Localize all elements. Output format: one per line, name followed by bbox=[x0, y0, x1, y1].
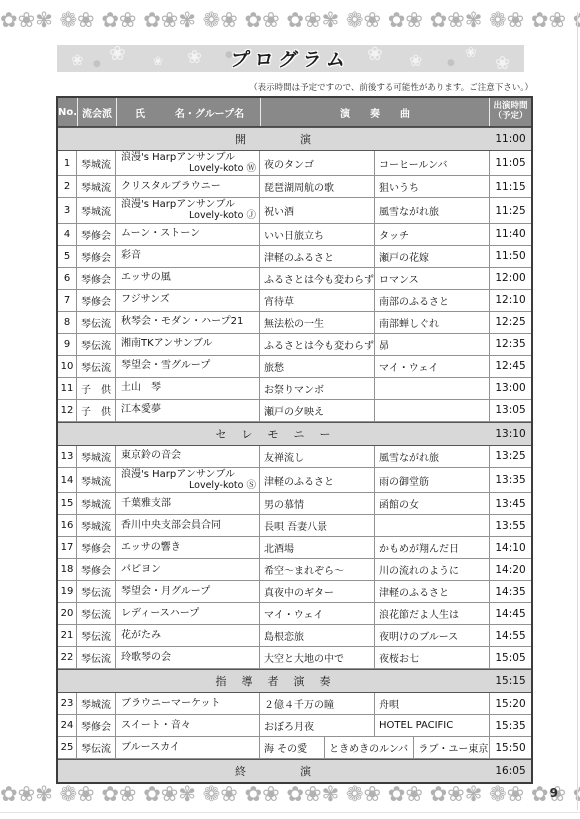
table-body: 開 演11:001琴城流浪漫's HarpアンサンブルLovely-koto Ⓦ… bbox=[58, 127, 531, 782]
program-table: No. 流会派 氏 名・グループ名 演 奏 曲 出演時間 （予定） 開 演11:… bbox=[56, 96, 533, 784]
cell-name: パピヨン bbox=[116, 559, 260, 580]
table-row: 24琴修会スイート・音々おぼろ月夜HOTEL PACIFIC15:35 bbox=[58, 715, 531, 737]
table-row: 19琴伝流琴望会・月グループ真夜中のギター津軽のふるさと14:35 bbox=[58, 581, 531, 603]
cell-name: 浪漫's HarpアンサンブルLovely-koto Ⓦ bbox=[116, 151, 260, 175]
cell-time: 14:55 bbox=[490, 625, 531, 646]
cell-no: 1 bbox=[58, 151, 77, 175]
cell-time: 13:55 bbox=[490, 515, 531, 536]
cell-name: 彩音 bbox=[116, 246, 260, 267]
cell-songs: ふるさとは今も変わらず昴 bbox=[260, 334, 490, 355]
song-title: 南部のふるさと bbox=[374, 290, 489, 311]
header-time: 出演時間 （予定） bbox=[490, 98, 531, 126]
cell-school: 琴城流 bbox=[77, 468, 116, 492]
song-title: いい日旅立ち bbox=[260, 224, 374, 245]
table-row: 6琴修会エッサの風ふるさとは今も変わらずロマンス12:00 bbox=[58, 268, 531, 290]
cell-school: 琴修会 bbox=[77, 715, 116, 736]
cell-school: 琴城流 bbox=[77, 515, 116, 536]
cell-school: 琴修会 bbox=[77, 224, 116, 245]
cell-school: 琴修会 bbox=[77, 290, 116, 311]
cell-time: 14:35 bbox=[490, 581, 531, 602]
cell-school: 琴城流 bbox=[77, 493, 116, 514]
song-title: 函館の女 bbox=[374, 493, 489, 514]
header-no: No. bbox=[58, 98, 78, 126]
cell-time: 12:45 bbox=[490, 356, 531, 377]
table-row: 4琴修会ムーン・ストーンいい日旅立ちタッチ11:40 bbox=[58, 224, 531, 246]
song-title: ふるさとは今も変わらず bbox=[260, 334, 374, 355]
song-title: おぼろ月夜 bbox=[260, 715, 374, 736]
cell-songs: 北酒場かもめが翔んだ日 bbox=[260, 537, 490, 558]
cell-name: エッサの響き bbox=[116, 537, 260, 558]
song-title: 津軽のふるさと bbox=[374, 581, 489, 602]
cell-no: 22 bbox=[58, 647, 77, 668]
cell-songs: 夜のタンゴコーヒールンバ bbox=[260, 151, 490, 175]
cell-time: 15:20 bbox=[490, 693, 531, 714]
song-title bbox=[374, 378, 489, 399]
song-title: 友禅流し bbox=[260, 446, 374, 467]
section-label: セ レ モ ニ ー bbox=[58, 423, 490, 445]
section-row: 終 演16:05 bbox=[58, 759, 531, 782]
cell-school: 琴伝流 bbox=[77, 647, 116, 668]
section-label: 指 導 者 演 奏 bbox=[58, 670, 490, 692]
section-row: 開 演11:00 bbox=[58, 127, 531, 151]
table-row: 2琴城流クリスタルブラウニー琵琶湖周航の歌狙いうち11:15 bbox=[58, 176, 531, 198]
cell-no: 25 bbox=[58, 737, 77, 758]
song-title: 祝い酒 bbox=[260, 198, 374, 222]
cell-name: 秋琴会・モダン・ハープ21 bbox=[116, 312, 260, 333]
cell-no: 23 bbox=[58, 693, 77, 714]
table-row: 1琴城流浪漫's HarpアンサンブルLovely-koto Ⓦ夜のタンゴコーヒ… bbox=[58, 151, 531, 176]
cell-time: 13:00 bbox=[490, 378, 531, 399]
performer-name: 江本愛夢 bbox=[121, 404, 256, 416]
cell-name: ムーン・ストーン bbox=[116, 224, 260, 245]
song-title: 風雪ながれ旅 bbox=[374, 446, 489, 467]
cell-school: 琴修会 bbox=[77, 537, 116, 558]
cell-time: 15:05 bbox=[490, 647, 531, 668]
song-title: 琵琶湖周航の歌 bbox=[260, 176, 374, 197]
performer-name: 香川中央支部会員合同 bbox=[121, 520, 256, 532]
table-row: 10琴伝流琴望会・雪グループ旅愁マイ・ウェイ12:45 bbox=[58, 356, 531, 378]
cell-school: 琴伝流 bbox=[77, 625, 116, 646]
song-title: 津軽のふるさと bbox=[260, 246, 374, 267]
table-row: 9琴伝流湘南TKアンサンブルふるさとは今も変わらず昴12:35 bbox=[58, 334, 531, 356]
cell-school: 琴伝流 bbox=[77, 312, 116, 333]
performer-name: エッサの風 bbox=[121, 272, 256, 284]
performer-name: フジサンズ bbox=[121, 294, 256, 306]
cell-time: 12:00 bbox=[490, 268, 531, 289]
performer-subname: Lovely-koto Ⓙ bbox=[121, 211, 256, 221]
cell-no: 10 bbox=[58, 356, 77, 377]
performer-name: ブルースカイ bbox=[121, 742, 256, 754]
cell-no: 8 bbox=[58, 312, 77, 333]
song-title: 夜のタンゴ bbox=[260, 151, 374, 175]
table-row: 7琴修会フジサンズ宵待草南部のふるさと12:10 bbox=[58, 290, 531, 312]
song-title: 希空～まれぞら～ bbox=[260, 559, 374, 580]
cell-songs: ２億４千万の瞳舟唄 bbox=[260, 693, 490, 714]
cell-time: 11:25 bbox=[490, 198, 531, 222]
performer-name: ブラウニーマーケット bbox=[121, 698, 256, 710]
song-title: 長唄 吾妻八景 bbox=[260, 515, 374, 536]
performer-name: エッサの響き bbox=[121, 542, 256, 554]
header-time-line2: （予定） bbox=[493, 112, 527, 122]
cell-school: 琴城流 bbox=[77, 176, 116, 197]
song-title: マイ・ウェイ bbox=[374, 356, 489, 377]
cell-songs: 宵待草南部のふるさと bbox=[260, 290, 490, 311]
cell-name: 玲歌琴の会 bbox=[116, 647, 260, 668]
cell-songs: 希空～まれぞら～川の流れのように bbox=[260, 559, 490, 580]
cell-no: 18 bbox=[58, 559, 77, 580]
performer-subname: Lovely-koto Ⓢ bbox=[121, 481, 256, 491]
cell-songs: 津軽のふるさと瀬戸の花嫁 bbox=[260, 246, 490, 267]
page-edge-line bbox=[577, 12, 578, 810]
song-title: かもめが翔んだ日 bbox=[374, 537, 489, 558]
table-row: 23琴城流ブラウニーマーケット２億４千万の瞳舟唄15:20 bbox=[58, 693, 531, 715]
table-row: 21琴伝流花がたみ島根恋旅夜明けのブルース14:55 bbox=[58, 625, 531, 647]
section-row: セ レ モ ニ ー13:10 bbox=[58, 422, 531, 446]
cell-time: 13:25 bbox=[490, 446, 531, 467]
cell-time: 15:50 bbox=[490, 737, 531, 758]
song-title: ふるさとは今も変わらず bbox=[260, 268, 374, 289]
song-title: 旅愁 bbox=[260, 356, 374, 377]
song-title: 夜明けのブルース bbox=[374, 625, 489, 646]
cell-songs: 津軽のふるさと雨の御堂筋 bbox=[260, 468, 490, 492]
cell-name: 千葉雅支部 bbox=[116, 493, 260, 514]
cell-school: 琴修会 bbox=[77, 559, 116, 580]
cell-school: 琴修会 bbox=[77, 268, 116, 289]
cell-name: 土山 琴 bbox=[116, 378, 260, 399]
song-title: 瀬戸の夕映え bbox=[260, 400, 374, 421]
cell-no: 9 bbox=[58, 334, 77, 355]
performer-name: 花がたみ bbox=[121, 630, 256, 642]
page-title: プログラム bbox=[57, 45, 524, 72]
cell-name: 琴望会・雪グループ bbox=[116, 356, 260, 377]
performer-name: 湘南TKアンサンブル bbox=[121, 338, 256, 350]
song-title: 昴 bbox=[374, 334, 489, 355]
cell-songs: マイ・ウェイ浪花節だよ人生は bbox=[260, 603, 490, 624]
cell-time: 11:15 bbox=[490, 176, 531, 197]
cell-school: 琴伝流 bbox=[77, 356, 116, 377]
cell-school: 子 供 bbox=[77, 400, 116, 421]
title-banner: ❀ ❀ ❀ ❀ ❀ ❀ ❀ ❀ ● ● ● プログラム bbox=[57, 45, 524, 72]
song-title: ときめきのルンバ bbox=[324, 737, 413, 758]
song-title: 津軽のふるさと bbox=[260, 468, 374, 492]
performer-name: ムーン・ストーン bbox=[121, 228, 256, 240]
section-time: 11:00 bbox=[490, 128, 531, 150]
cell-name: 花がたみ bbox=[116, 625, 260, 646]
cell-no: 5 bbox=[58, 246, 77, 267]
song-title: ロマンス bbox=[374, 268, 489, 289]
cell-name: 湘南TKアンサンブル bbox=[116, 334, 260, 355]
table-header-row: No. 流会派 氏 名・グループ名 演 奏 曲 出演時間 （予定） bbox=[58, 98, 531, 127]
song-title: 北酒場 bbox=[260, 537, 374, 558]
cell-name: ブラウニーマーケット bbox=[116, 693, 260, 714]
cell-school: 琴伝流 bbox=[77, 334, 116, 355]
table-row: 5琴修会彩音津軽のふるさと瀬戸の花嫁11:50 bbox=[58, 246, 531, 268]
cell-school: 琴城流 bbox=[77, 151, 116, 175]
cell-school: 琴伝流 bbox=[77, 603, 116, 624]
song-title bbox=[374, 400, 489, 421]
cell-no: 15 bbox=[58, 493, 77, 514]
cell-no: 4 bbox=[58, 224, 77, 245]
performer-name: レディースハープ bbox=[121, 608, 256, 620]
cell-name: ブルースカイ bbox=[116, 737, 260, 758]
performer-name: 秋琴会・モダン・ハープ21 bbox=[121, 316, 256, 328]
cell-no: 14 bbox=[58, 468, 77, 492]
song-title: 島根恋旅 bbox=[260, 625, 374, 646]
song-title: 南部蝉しぐれ bbox=[374, 312, 489, 333]
cell-songs: 琵琶湖周航の歌狙いうち bbox=[260, 176, 490, 197]
song-title: タッチ bbox=[374, 224, 489, 245]
song-title: お祭りマンボ bbox=[260, 378, 374, 399]
table-row: 16琴城流香川中央支部会員合同長唄 吾妻八景13:55 bbox=[58, 515, 531, 537]
song-title: 真夜中のギター bbox=[260, 581, 374, 602]
table-row: 15琴城流千葉雅支部男の慕情函館の女13:45 bbox=[58, 493, 531, 515]
performer-name: スイート・音々 bbox=[121, 720, 256, 732]
table-row: 13琴城流東京鈴の音会友禅流し風雪ながれ旅13:25 bbox=[58, 446, 531, 468]
cell-no: 11 bbox=[58, 378, 77, 399]
performer-name: パピヨン bbox=[121, 564, 256, 576]
cell-no: 3 bbox=[58, 198, 77, 222]
cell-no: 20 bbox=[58, 603, 77, 624]
performer-name: 琴望会・雪グループ bbox=[121, 360, 256, 372]
table-row: 12子 供江本愛夢瀬戸の夕映え13:05 bbox=[58, 400, 531, 422]
section-time: 16:05 bbox=[490, 760, 531, 782]
cell-songs: いい日旅立ちタッチ bbox=[260, 224, 490, 245]
table-row: 3琴城流浪漫's HarpアンサンブルLovely-koto Ⓙ祝い酒風雪ながれ… bbox=[58, 198, 531, 223]
table-row: 20琴伝流レディースハープマイ・ウェイ浪花節だよ人生は14:45 bbox=[58, 603, 531, 625]
song-title: 瀬戸の花嫁 bbox=[374, 246, 489, 267]
cell-time: 11:40 bbox=[490, 224, 531, 245]
cell-songs: 友禅流し風雪ながれ旅 bbox=[260, 446, 490, 467]
song-title: 海 その愛 bbox=[260, 737, 324, 758]
performer-name: 琴望会・月グループ bbox=[121, 586, 256, 598]
cell-songs: 祝い酒風雪ながれ旅 bbox=[260, 198, 490, 222]
cell-no: 13 bbox=[58, 446, 77, 467]
table-row: 8琴伝流秋琴会・モダン・ハープ21無法松の一生南部蝉しぐれ12:25 bbox=[58, 312, 531, 334]
performer-name: 玲歌琴の会 bbox=[121, 652, 256, 664]
header-school: 流会派 bbox=[78, 98, 117, 126]
song-title: ラブ・ユー東京 bbox=[413, 737, 489, 758]
cell-name: 浪漫's HarpアンサンブルLovely-koto Ⓢ bbox=[116, 468, 260, 492]
performer-name: 千葉雅支部 bbox=[121, 498, 256, 510]
cell-songs: 大空と大地の中で夜桜お七 bbox=[260, 647, 490, 668]
page-edge-line bbox=[0, 812, 580, 813]
song-title: マイ・ウェイ bbox=[260, 603, 374, 624]
performer-name: クリスタルブラウニー bbox=[121, 181, 256, 193]
schedule-disclaimer-note: （表示時間は予定ですので、前後する可能性があります。ご注意下さい。） bbox=[249, 81, 533, 93]
performer-name: 彩音 bbox=[121, 250, 256, 262]
section-row: 指 導 者 演 奏15:15 bbox=[58, 669, 531, 693]
table-row: 22琴伝流玲歌琴の会大空と大地の中で夜桜お七15:05 bbox=[58, 647, 531, 669]
song-title: コーヒールンバ bbox=[374, 151, 489, 175]
flower-border-bottom-icon: ✿❀✾ ❁❀ ✿❀ ✿❀✾ ❁❀ ✿❀ ✿❀✾ ❁❀ ✿❀ ✿❀✾ ❁❀ ✿❀ … bbox=[0, 782, 580, 808]
cell-school: 琴伝流 bbox=[77, 581, 116, 602]
cell-name: 東京鈴の音会 bbox=[116, 446, 260, 467]
section-time: 13:10 bbox=[490, 423, 531, 445]
cell-time: 13:45 bbox=[490, 493, 531, 514]
section-label: 開 演 bbox=[58, 128, 490, 150]
song-title: 風雪ながれ旅 bbox=[374, 198, 489, 222]
cell-songs: 旅愁マイ・ウェイ bbox=[260, 356, 490, 377]
cell-time: 12:10 bbox=[490, 290, 531, 311]
song-title bbox=[374, 515, 489, 536]
cell-name: 浪漫's HarpアンサンブルLovely-koto Ⓙ bbox=[116, 198, 260, 222]
page-number: 9 bbox=[550, 786, 558, 800]
header-songs: 演 奏 曲 bbox=[261, 98, 490, 126]
table-row: 11子 供土山 琴お祭りマンボ13:00 bbox=[58, 378, 531, 400]
cell-name: クリスタルブラウニー bbox=[116, 176, 260, 197]
cell-songs: 瀬戸の夕映え bbox=[260, 400, 490, 421]
cell-no: 17 bbox=[58, 537, 77, 558]
song-title: 舟唄 bbox=[374, 693, 489, 714]
song-title: 浪花節だよ人生は bbox=[374, 603, 489, 624]
cell-name: レディースハープ bbox=[116, 603, 260, 624]
table-row: 18琴修会パピヨン希空～まれぞら～川の流れのように14:20 bbox=[58, 559, 531, 581]
cell-songs: 島根恋旅夜明けのブルース bbox=[260, 625, 490, 646]
table-row: 25琴伝流ブルースカイ海 その愛ときめきのルンバラブ・ユー東京15:50 bbox=[58, 737, 531, 759]
cell-songs: おぼろ月夜HOTEL PACIFIC bbox=[260, 715, 490, 736]
cell-name: エッサの風 bbox=[116, 268, 260, 289]
cell-songs: お祭りマンボ bbox=[260, 378, 490, 399]
cell-no: 16 bbox=[58, 515, 77, 536]
table-row: 14琴城流浪漫's HarpアンサンブルLovely-koto Ⓢ津軽のふるさと… bbox=[58, 468, 531, 493]
cell-name: フジサンズ bbox=[116, 290, 260, 311]
song-title: 無法松の一生 bbox=[260, 312, 374, 333]
song-title: 大空と大地の中で bbox=[260, 647, 374, 668]
section-time: 15:15 bbox=[490, 670, 531, 692]
cell-name: 琴望会・月グループ bbox=[116, 581, 260, 602]
song-title: ２億４千万の瞳 bbox=[260, 693, 374, 714]
song-title: 川の流れのように bbox=[374, 559, 489, 580]
song-title: 夜桜お七 bbox=[374, 647, 489, 668]
section-label: 終 演 bbox=[58, 760, 490, 782]
cell-time: 14:45 bbox=[490, 603, 531, 624]
table-row: 17琴修会エッサの響き北酒場かもめが翔んだ日14:10 bbox=[58, 537, 531, 559]
cell-no: 7 bbox=[58, 290, 77, 311]
cell-songs: 無法松の一生南部蝉しぐれ bbox=[260, 312, 490, 333]
cell-time: 12:35 bbox=[490, 334, 531, 355]
cell-songs: 長唄 吾妻八景 bbox=[260, 515, 490, 536]
cell-school: 琴修会 bbox=[77, 246, 116, 267]
cell-school: 琴城流 bbox=[77, 446, 116, 467]
cell-no: 2 bbox=[58, 176, 77, 197]
cell-name: 江本愛夢 bbox=[116, 400, 260, 421]
song-title: 狙いうち bbox=[374, 176, 489, 197]
cell-songs: 海 その愛ときめきのルンバラブ・ユー東京 bbox=[260, 737, 490, 758]
cell-time: 13:35 bbox=[490, 468, 531, 492]
cell-school: 琴城流 bbox=[77, 693, 116, 714]
song-title: 雨の御堂筋 bbox=[374, 468, 489, 492]
cell-no: 21 bbox=[58, 625, 77, 646]
cell-time: 11:05 bbox=[490, 151, 531, 175]
header-name: 氏 名・グループ名 bbox=[117, 98, 261, 126]
cell-time: 11:50 bbox=[490, 246, 531, 267]
song-title: HOTEL PACIFIC bbox=[374, 715, 489, 736]
song-title: 男の慕情 bbox=[260, 493, 374, 514]
cell-time: 12:25 bbox=[490, 312, 531, 333]
cell-time: 13:05 bbox=[490, 400, 531, 421]
cell-no: 19 bbox=[58, 581, 77, 602]
performer-subname: Lovely-koto Ⓦ bbox=[121, 164, 256, 174]
program-page: ✿❀✾ ❁❀ ✿❀ ✿❀✾ ❁❀ ✿❀ ✿❀✾ ❁❀ ✿❀ ✿❀✾ ❁❀ ✿❀ … bbox=[0, 0, 580, 819]
cell-time: 14:20 bbox=[490, 559, 531, 580]
cell-name: 香川中央支部会員合同 bbox=[116, 515, 260, 536]
flower-border-top-icon: ✿❀✾ ❁❀ ✿❀ ✿❀✾ ❁❀ ✿❀ ✿❀✾ ❁❀ ✿❀ ✿❀✾ ❁❀ ✿❀ … bbox=[0, 8, 580, 34]
cell-no: 6 bbox=[58, 268, 77, 289]
cell-school: 子 供 bbox=[77, 378, 116, 399]
cell-songs: ふるさとは今も変わらずロマンス bbox=[260, 268, 490, 289]
cell-time: 15:35 bbox=[490, 715, 531, 736]
cell-songs: 男の慕情函館の女 bbox=[260, 493, 490, 514]
cell-no: 24 bbox=[58, 715, 77, 736]
cell-songs: 真夜中のギター津軽のふるさと bbox=[260, 581, 490, 602]
performer-name: 土山 琴 bbox=[121, 382, 256, 394]
cell-school: 琴伝流 bbox=[77, 737, 116, 758]
cell-name: スイート・音々 bbox=[116, 715, 260, 736]
song-title: 宵待草 bbox=[260, 290, 374, 311]
performer-name: 東京鈴の音会 bbox=[121, 450, 256, 462]
cell-no: 12 bbox=[58, 400, 77, 421]
cell-school: 琴城流 bbox=[77, 198, 116, 222]
cell-time: 14:10 bbox=[490, 537, 531, 558]
